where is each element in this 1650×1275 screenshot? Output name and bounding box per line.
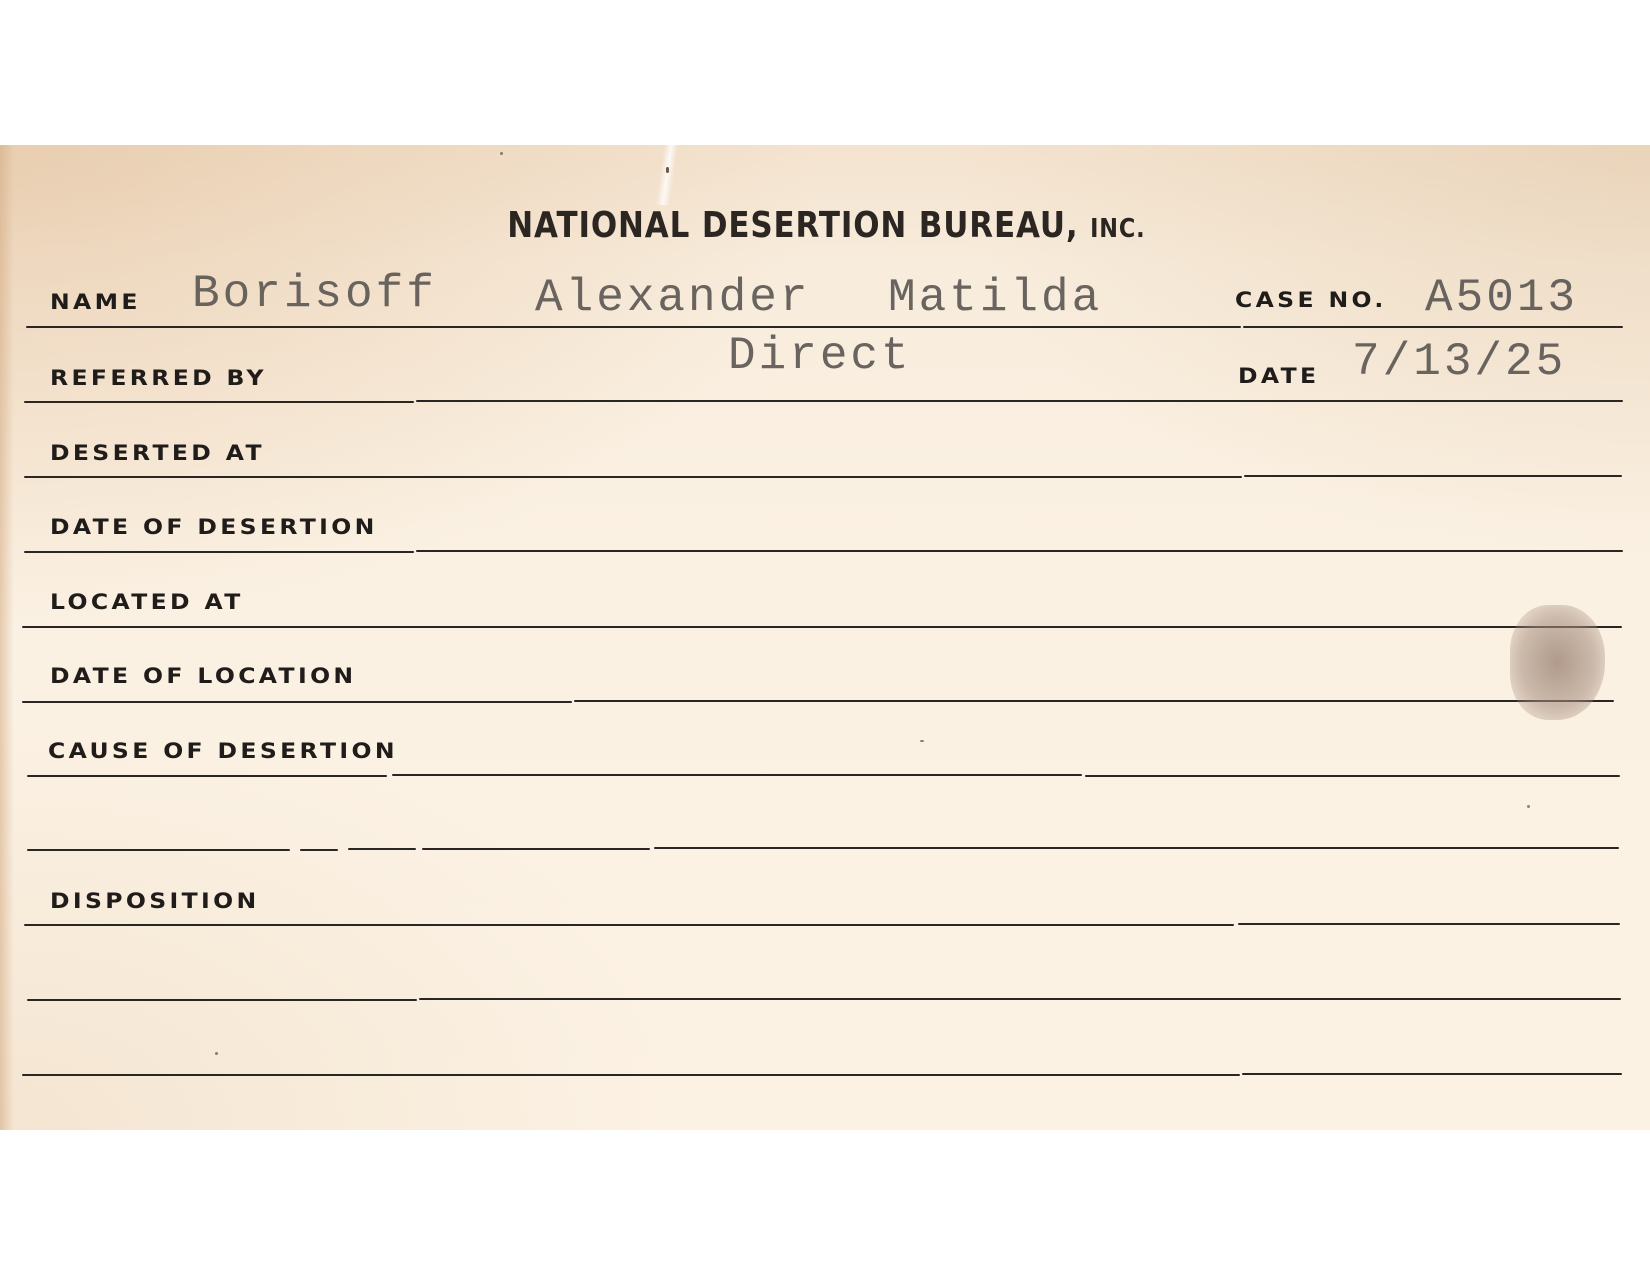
blank-line-2-b [419,998,1621,1000]
deserted-at-label: DESERTED AT [50,441,265,465]
name-last-value: Borisoff [192,268,437,320]
blank-line-1-b [300,849,338,851]
cause-line-c [1085,775,1620,777]
cause-line-b [392,774,1082,776]
date-of-desertion-label: DATE OF DESERTION [50,515,378,539]
name-other-value: Matilda [888,272,1102,324]
deserted-at-line-a [24,476,1242,478]
referred-by-line-b [416,400,1623,402]
blank-line-1-e [654,847,1619,849]
date-value: 7/13/25 [1352,336,1566,388]
case-no-value: A5013 [1425,272,1578,324]
located-at-label: LOCATED AT [50,590,244,614]
card-title-suffix: INC. [1090,214,1145,244]
referred-by-line-a [24,401,414,403]
blank-line-2-a [27,999,417,1001]
card-edge-shading [0,145,14,1130]
paper-tear [656,145,678,205]
located-at-line [22,626,1622,628]
stain-blot [1510,605,1605,720]
speck [215,1052,218,1055]
card-title-text: NATIONAL DESERTION BUREAU, [507,205,1078,246]
blank-line-1-d [422,848,650,850]
card-title: NATIONAL DESERTION BUREAU, INC. [117,205,1536,246]
speck [500,152,503,155]
cause-line-a [27,775,387,777]
date-of-location-line-a [22,701,572,703]
blank-line-3-a [22,1074,1240,1076]
disposition-label: DISPOSITION [50,889,260,913]
paper-mark [666,167,669,173]
speck [920,740,924,742]
case-no-label: CASE NO. [1235,288,1387,312]
deserted-at-line-b [1244,475,1622,477]
date-of-desertion-line-b [416,550,1623,552]
date-of-location-label: DATE OF LOCATION [50,664,356,688]
referred-by-value: Direct [728,330,912,382]
name-first-value: Alexander [535,272,810,324]
blank-line-3-b [1242,1073,1622,1075]
blank-line-1-c [348,848,416,850]
referred-by-label: REFERRED BY [50,366,267,390]
speck [1527,805,1530,808]
case-no-line [1243,326,1623,328]
date-label: DATE [1238,364,1319,388]
date-of-desertion-line-a [24,551,414,553]
name-label: NAME [50,290,141,314]
name-line [26,326,1241,328]
disposition-line-b [1238,923,1620,925]
cause-of-desertion-label: CAUSE OF DESERTION [48,739,398,763]
date-of-location-line-b [574,700,1614,702]
blank-line-1-a [27,849,290,851]
disposition-line-a [24,924,1234,926]
